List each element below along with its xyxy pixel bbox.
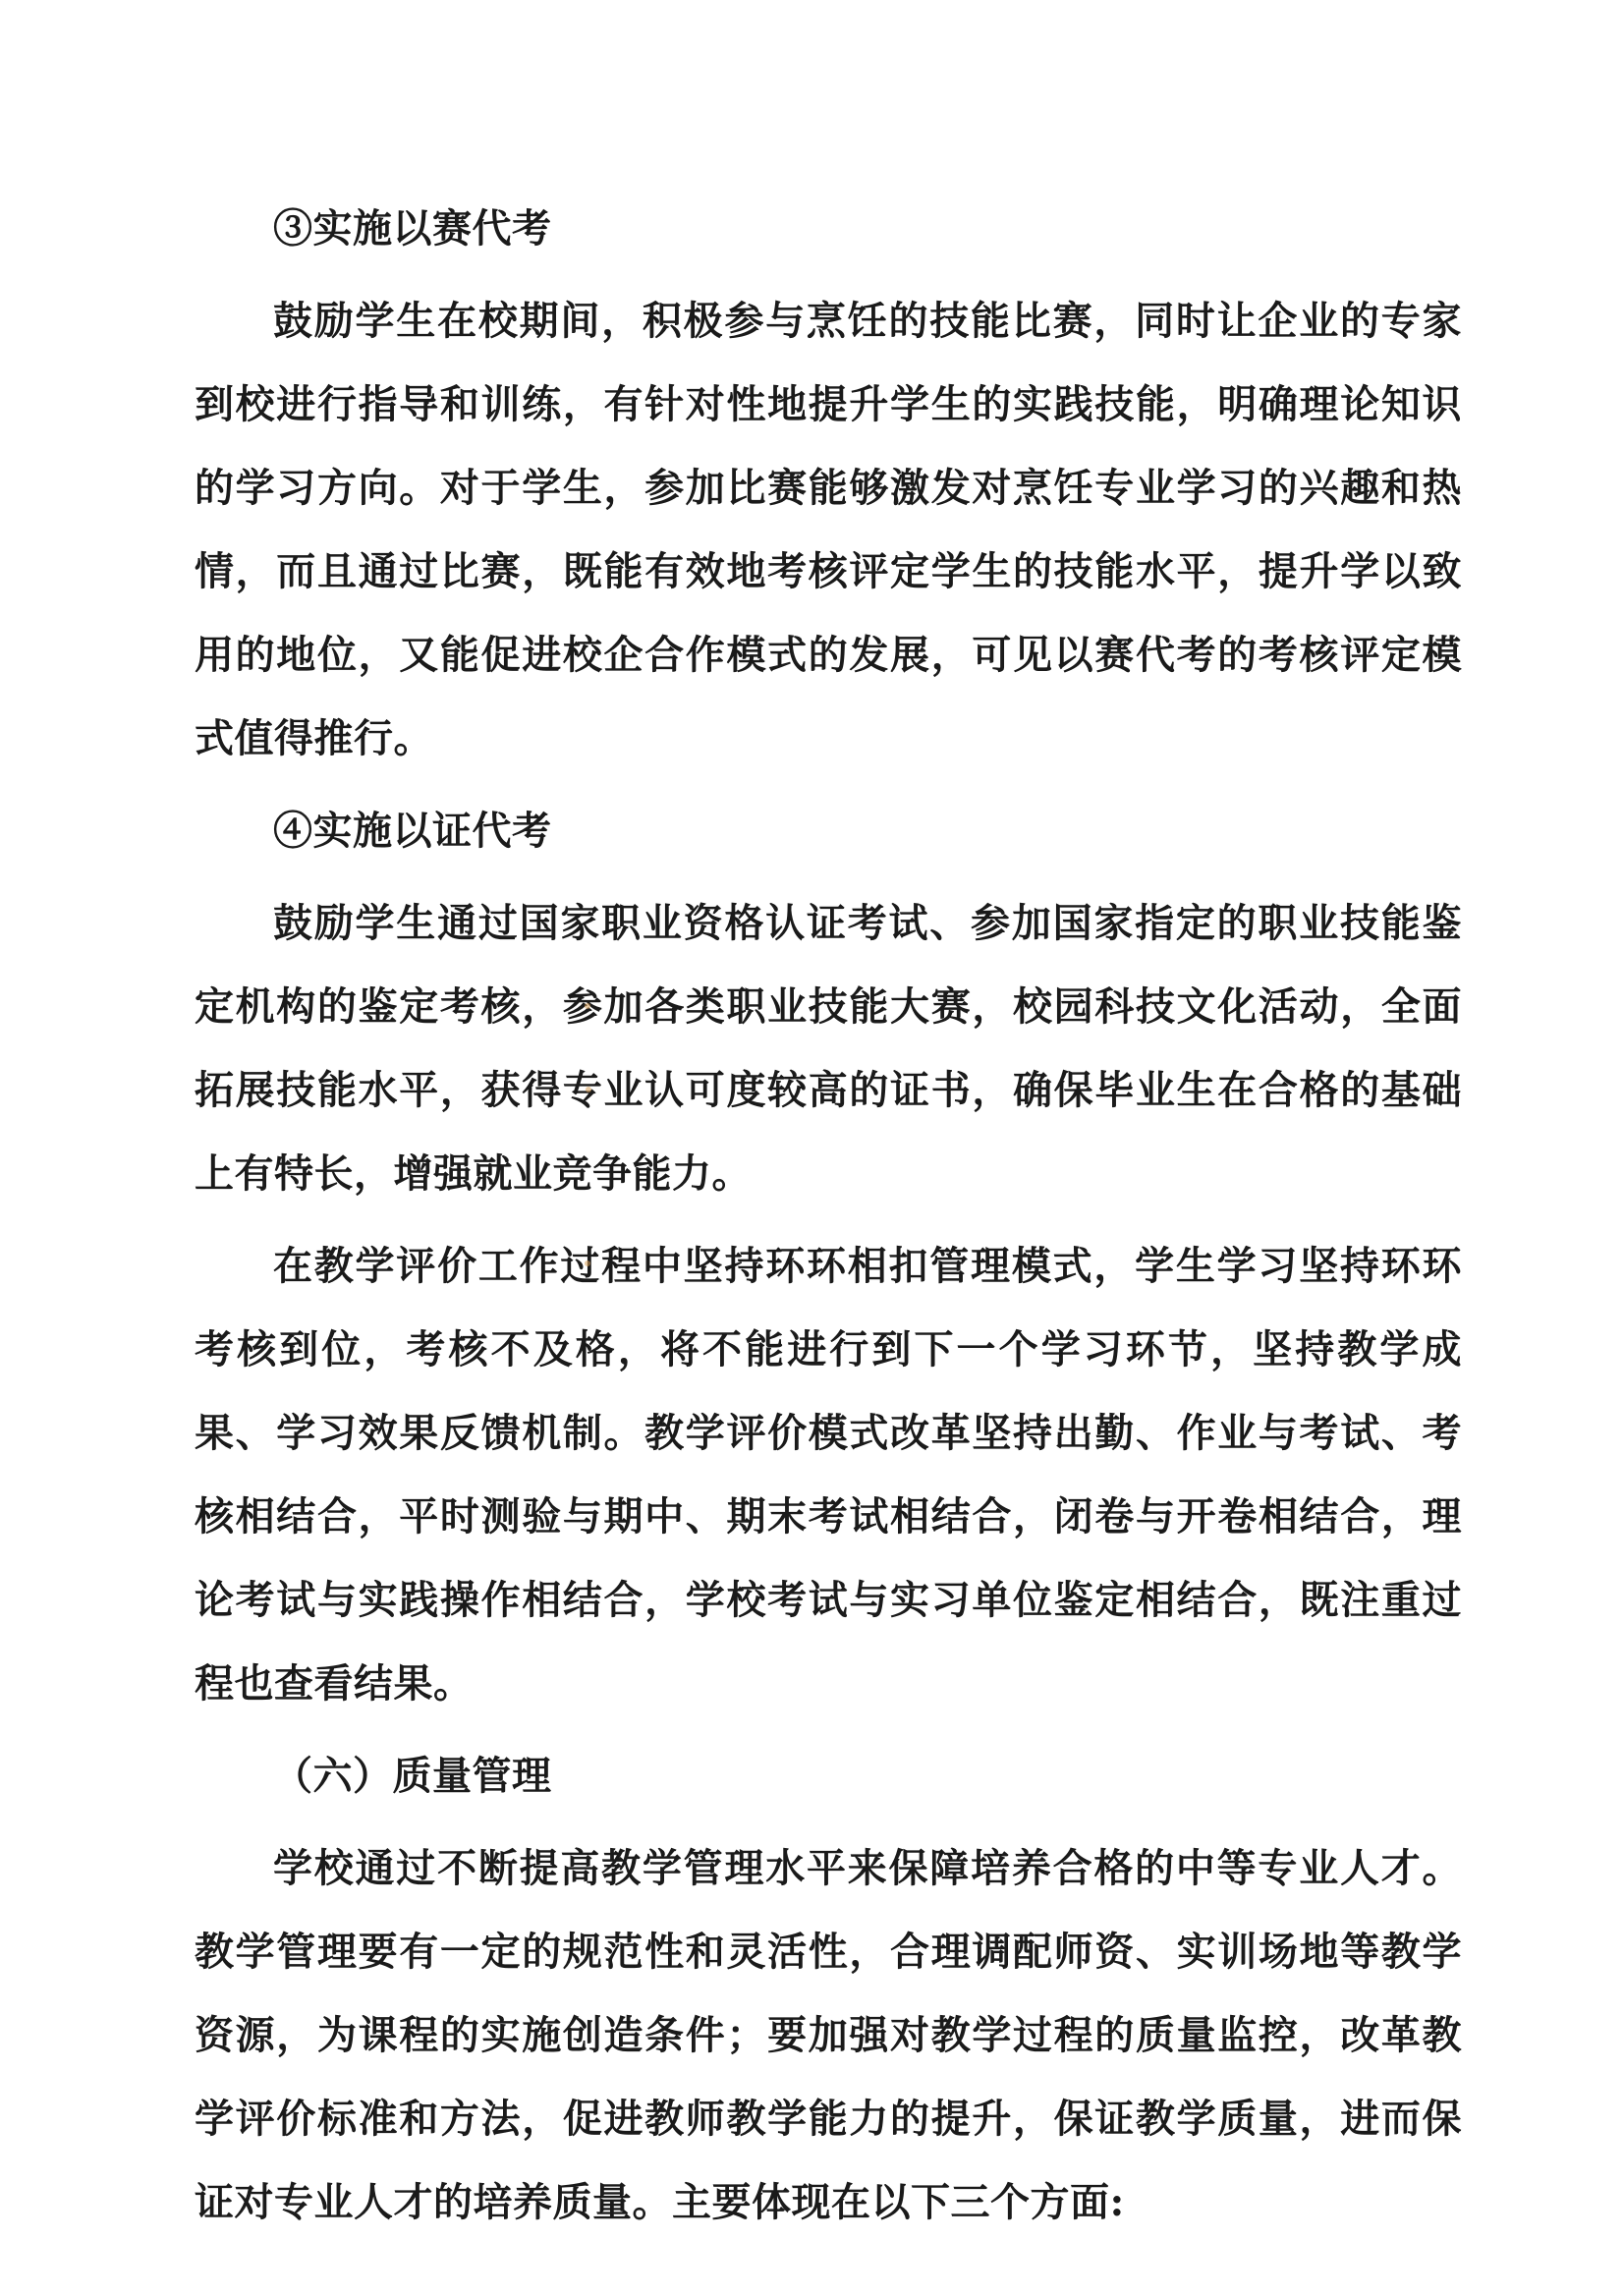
section-heading: ③实施以赛代考 [195, 187, 1462, 270]
document-page: ③实施以赛代考鼓励学生在校期间，积极参与烹饪的技能比赛，同时让企业的专家到校进行… [0, 0, 1623, 2296]
document-body-text: ③实施以赛代考鼓励学生在校期间，积极参与烹饪的技能比赛，同时让企业的专家到校进行… [195, 187, 1462, 2253]
scan-speckle [585, 1260, 590, 1266]
body-paragraph: 在教学评价工作过程中坚持环环相扣管理模式，学生学习坚持环环考核到位，考核不及格，… [195, 1224, 1462, 1725]
section-heading: ④实施以证代考 [195, 789, 1462, 872]
scan-speckle [586, 1087, 591, 1092]
body-paragraph: 鼓励学生在校期间，积极参与烹饪的技能比赛，同时让企业的专家到校进行指导和训练，有… [195, 279, 1462, 780]
body-paragraph: 学校通过不断提高教学管理水平来保障培养合格的中等专业人才。教学管理要有一定的规范… [195, 1826, 1462, 2244]
body-paragraph: 鼓励学生通过国家职业资格认证考试、参加国家指定的职业技能鉴定机构的鉴定考核，参加… [195, 881, 1462, 1215]
section-heading: （六）质量管理 [195, 1734, 1462, 1818]
scan-speckle [585, 1003, 590, 1009]
